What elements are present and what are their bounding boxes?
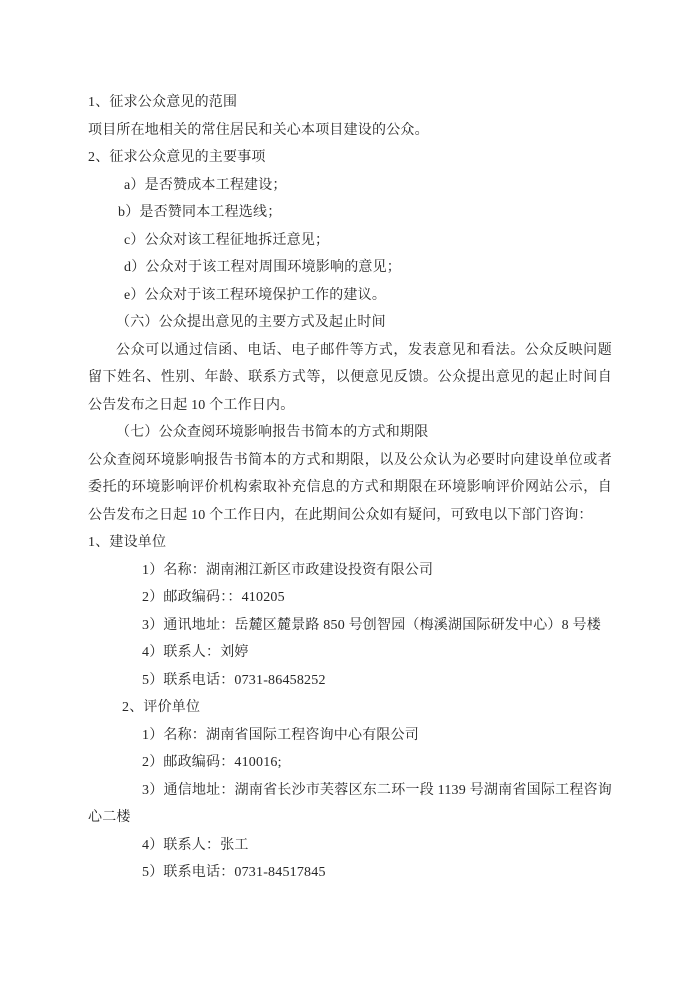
para-scope: 项目所在地相关的常住居民和关心本项目建设的公众。	[88, 117, 612, 145]
para-feedback-line-1: 公众可以通过信函、电话、电子邮件等方式，发表意见和看法。公众反映问题请	[88, 337, 612, 365]
para-review-line-1: 公众查阅环境影响报告书简本的方式和期限，以及公众认为必要时向建设单位或者其	[88, 447, 612, 475]
evaluation-unit-name: 1）名称：湖南省国际工程咨询中心有限公司	[88, 722, 612, 750]
construction-unit-name: 1）名称：湖南湘江新区市政建设投资有限公司	[88, 557, 612, 585]
heading-main-items: 2、征求公众意见的主要事项	[88, 144, 612, 172]
heading-scope: 1、征求公众意见的范围	[88, 89, 612, 117]
document-body: 1、征求公众意见的范围 项目所在地相关的常住居民和关心本项目建设的公众。 2、征…	[88, 89, 612, 887]
construction-unit-address: 3）通讯地址：岳麓区麓景路 850 号创智园（梅溪湖国际研发中心）8 号楼	[88, 612, 612, 640]
list-item-c: c）公众对该工程征地拆迁意见；	[88, 227, 612, 255]
construction-unit-contact: 4）联系人：刘婷	[88, 639, 612, 667]
list-item-e: e）公众对于该工程环境保护工作的建议。	[88, 282, 612, 310]
list-item-b: b）是否赞同本工程选线；	[88, 199, 612, 227]
document-page: 1、征求公众意见的范围 项目所在地相关的常住居民和关心本项目建设的公众。 2、征…	[0, 0, 700, 989]
construction-unit-phone: 5）联系电话：0731-86458252	[88, 667, 612, 695]
construction-unit-postcode: 2）邮政编码：：410205	[88, 584, 612, 612]
evaluation-unit-phone: 5）联系电话：0731-84517845	[88, 859, 612, 887]
evaluation-unit-address-line-1: 3）通信地址：湖南省长沙市芙蓉区东二环一段 1139 号湖南省国际工程咨询中	[88, 777, 612, 805]
heading-evaluation-unit: 2、评价单位	[88, 694, 612, 722]
list-item-d: d）公众对于该工程对周围环境影响的意见；	[88, 254, 612, 282]
list-item-a: a）是否赞成本工程建设；	[88, 172, 612, 200]
para-feedback-line-3: 公告发布之日起 10 个工作日内。	[88, 392, 612, 420]
evaluation-unit-address-line-2: 心二楼	[88, 804, 612, 832]
evaluation-unit-contact: 4）联系人：张工	[88, 832, 612, 860]
heading-section-seven: （七）公众查阅环境影响报告书简本的方式和期限	[88, 419, 612, 447]
heading-construction-unit: 1、建设单位	[88, 529, 612, 557]
para-feedback-line-2: 留下姓名、性别、年龄、联系方式等，以便意见反馈。公众提出意见的起止时间自本	[88, 364, 612, 392]
para-review-line-2: 委托的环境影响评价机构索取补充信息的方式和期限在环境影响评价网站公示，自本	[88, 474, 612, 502]
heading-section-six: （六）公众提出意见的主要方式及起止时间	[88, 309, 612, 337]
evaluation-unit-postcode: 2）邮政编码：410016;	[88, 749, 612, 777]
para-review-line-3: 公告发布之日起 10 个工作日内，在此期间公众如有疑问，可致电以下部门咨询：	[88, 502, 612, 530]
